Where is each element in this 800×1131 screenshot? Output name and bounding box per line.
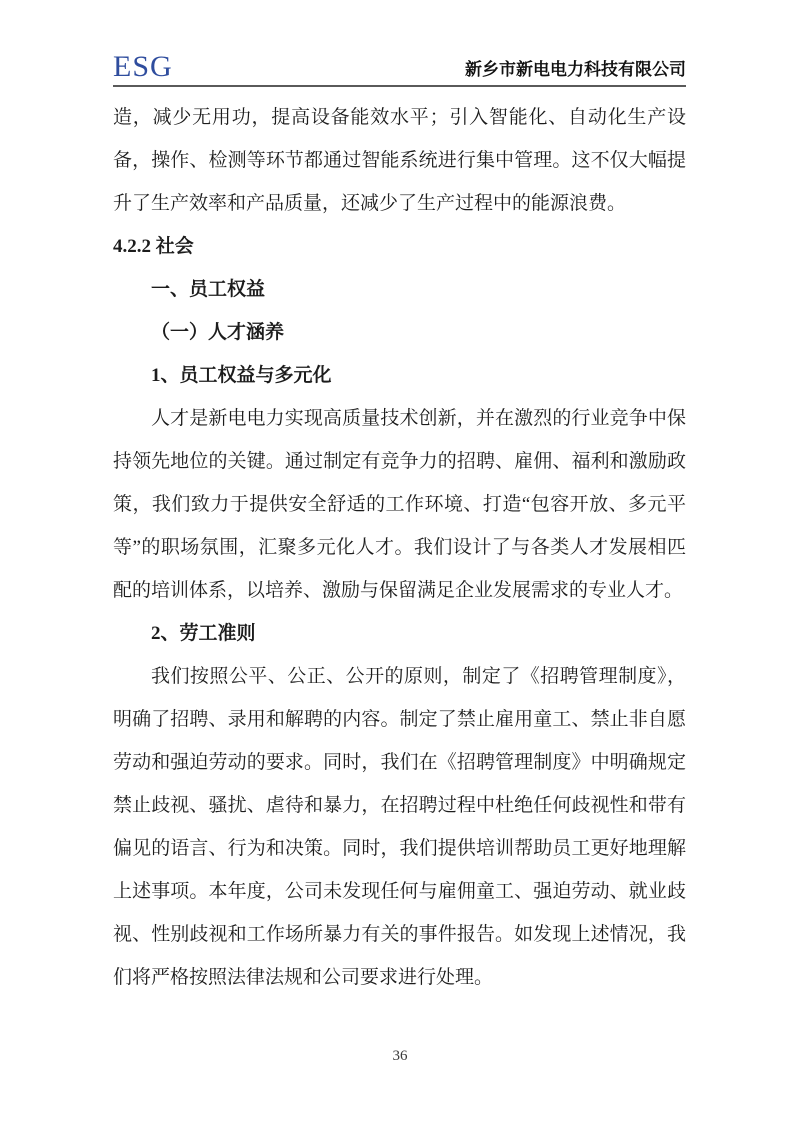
company-name: 新乡市新电电力科技有限公司 — [465, 58, 686, 82]
heading-employee-rights: 一、员工权益 — [113, 268, 686, 311]
paragraph-continuation: 造，减少无用功，提高设备能效水平；引入智能化、自动化生产设备，操作、检测等环节都… — [113, 96, 686, 225]
page-number: 36 — [0, 1048, 800, 1065]
document-body: 造，减少无用功，提高设备能效水平；引入智能化、自动化生产设备，操作、检测等环节都… — [113, 87, 686, 999]
page-header: ESG 新乡市新电电力科技有限公司 — [113, 52, 686, 87]
paragraph-labor: 我们按照公平、公正、公开的原则，制定了《招聘管理制度》，明确了招聘、录用和解聘的… — [113, 655, 686, 999]
heading-rights-diversity: 1、员工权益与多元化 — [113, 354, 686, 397]
section-heading-4-2-2: 4.2.2 社会 — [113, 225, 686, 268]
esg-logo: ESG — [113, 52, 173, 82]
heading-talent-cultivation: （一）人才涵养 — [113, 311, 686, 354]
document-page: ESG 新乡市新电电力科技有限公司 造，减少无用功，提高设备能效水平；引入智能化… — [0, 0, 800, 1131]
heading-labor-standards: 2、劳工准则 — [113, 612, 686, 655]
paragraph-talent: 人才是新电电力实现高质量技术创新，并在激烈的行业竞争中保持领先地位的关键。通过制… — [113, 397, 686, 612]
